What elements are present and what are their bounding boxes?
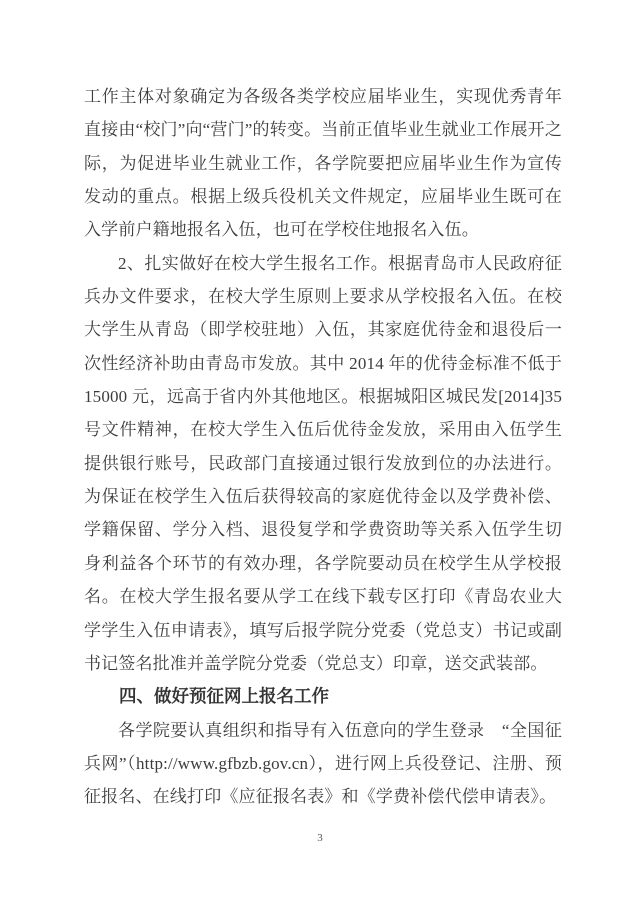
paragraph-online-registration: 各学院要认真组织和指导有入伍意向的学生登录 “全国征兵网”（http://www… bbox=[84, 714, 562, 814]
paragraph-item-2-campus-students: 2、扎实做好在校大学生报名工作。根据青岛市人民政府征兵办文件要求，在校大学生原则… bbox=[84, 247, 562, 680]
paragraph-continuation: 工作主体对象确定为各级各类学校应届毕业生，实现优秀青年直接由“校门”向“营门”的… bbox=[84, 80, 562, 247]
page-number: 3 bbox=[0, 832, 640, 844]
section-heading-4-online-registration: 四、做好预征网上报名工作 bbox=[84, 680, 562, 713]
document-page: 工作主体对象确定为各级各类学校应届毕业生，实现优秀青年直接由“校门”向“营门”的… bbox=[0, 0, 640, 905]
document-text-block: 工作主体对象确定为各级各类学校应届毕业生，实现优秀青年直接由“校门”向“营门”的… bbox=[84, 80, 562, 814]
